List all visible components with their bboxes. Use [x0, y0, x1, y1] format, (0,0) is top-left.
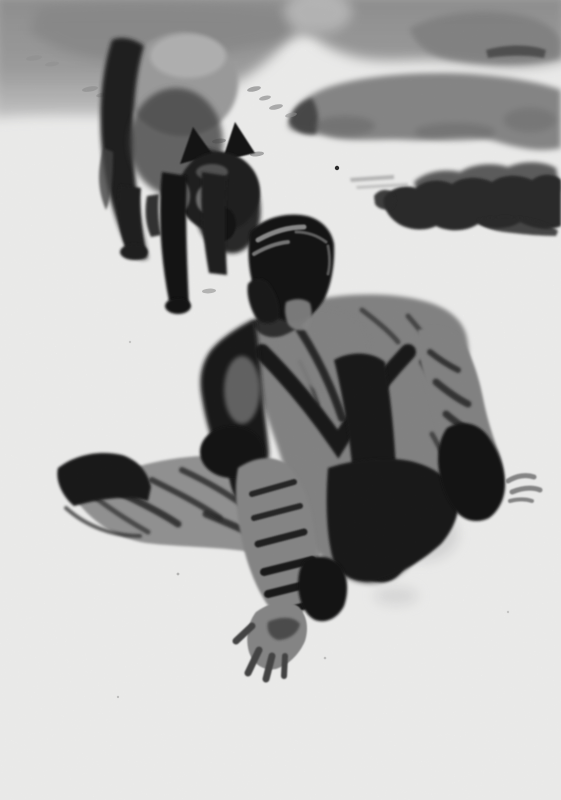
illustration-canvas — [0, 0, 561, 800]
illustration-page — [0, 0, 561, 800]
paper-grain-texture — [0, 0, 561, 800]
